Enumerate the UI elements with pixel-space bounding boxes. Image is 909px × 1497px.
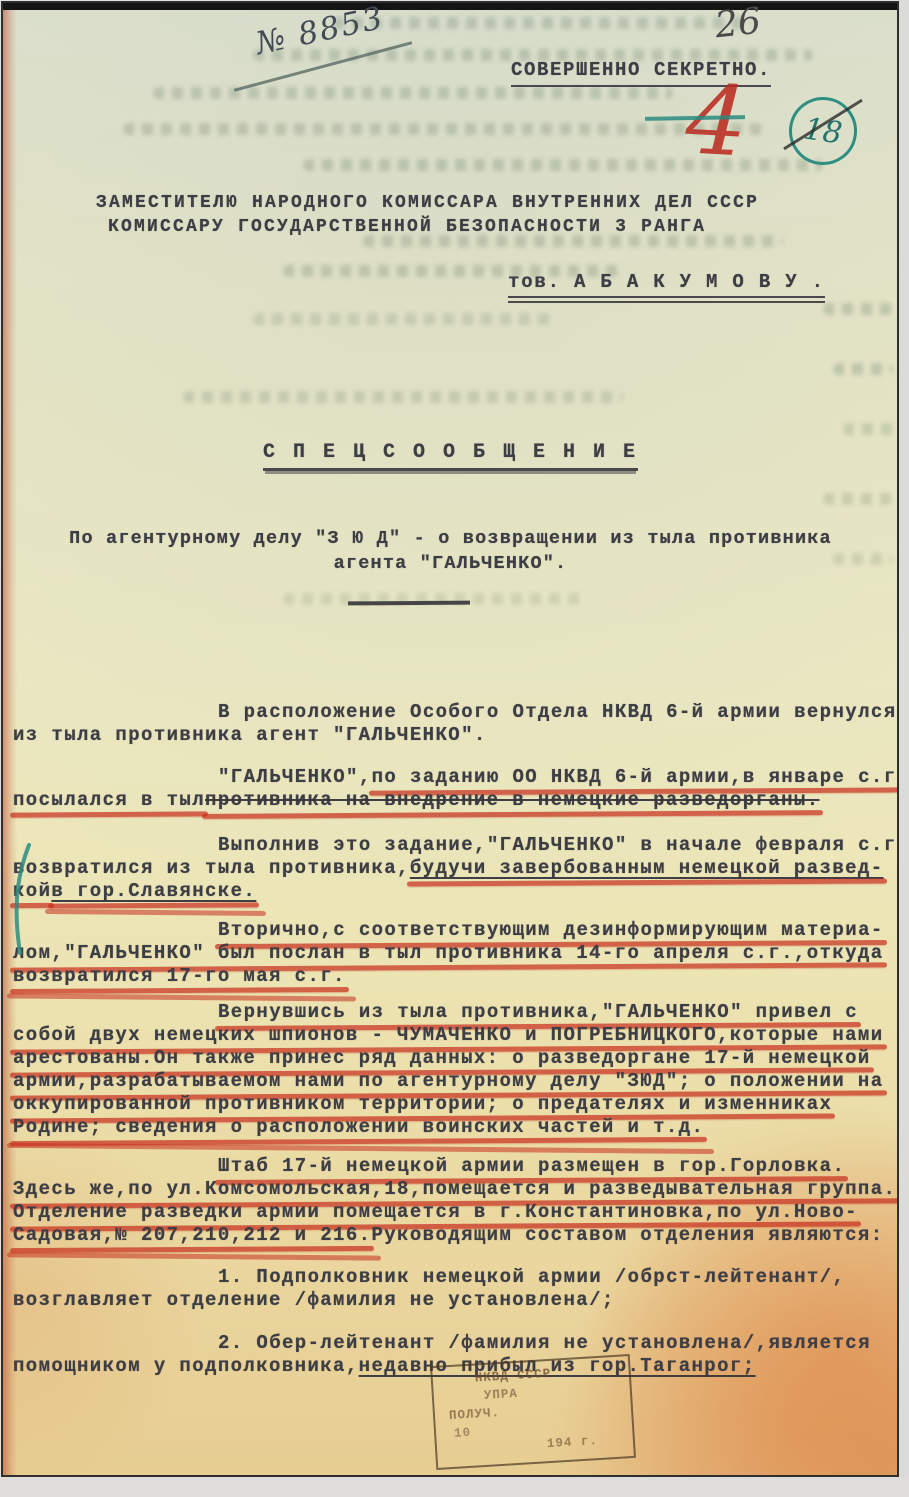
recipient-block: ЗАМЕСТИТЕЛЮ НАРОДНОГО КОМИССАРА ВНУТРЕНН… — [96, 191, 759, 239]
paragraph-4: Вторично,с соответствующим дезинформирую… — [13, 919, 899, 988]
list-item-1: 1. Подполковник немецкой армии /обрст-ле… — [13, 1266, 899, 1312]
scanned-document: № 8853 26 СОВЕРШЕННО СЕКРЕТНО. 4 18 ЗАМЕ… — [0, 0, 909, 1497]
bleed-through-mark — [823, 493, 893, 505]
paragraph-3: Выполнив это задание,"ГАЛЬЧЕНКО" в начал… — [13, 834, 899, 903]
scan-margin-right — [899, 0, 909, 1497]
stamp-line: 194 г. — [547, 1434, 599, 1451]
teal-margin-checkmark — [5, 841, 39, 961]
document-page: № 8853 26 СОВЕРШЕННО СЕКРЕТНО. 4 18 ЗАМЕ… — [1, 1, 899, 1477]
bleed-through-mark — [833, 363, 893, 375]
recipient-line: ЗАМЕСТИТЕЛЮ НАРОДНОГО КОМИССАРА ВНУТРЕНН… — [96, 191, 759, 215]
paragraph-2: "ГАЛЬЧЕНКО",по заданию ОО НКВД 6-й армии… — [13, 766, 899, 812]
document-title: С П Е Ц С О О Б Щ Е Н И Е — [3, 441, 898, 464]
bleed-through-mark — [843, 423, 898, 435]
bleed-through-mark — [123, 123, 763, 135]
addressee-name: тов. А Б А К У М О В У . — [508, 271, 825, 303]
paragraph-5: Вернувшись из тыла противника,"ГАЛЬЧЕНКО… — [13, 1001, 899, 1139]
recipient-line: КОМИССАРУ ГОСУДАРСТВЕННОЙ БЕЗОПАСНОСТИ 3… — [96, 215, 759, 239]
bleed-through-mark — [253, 313, 553, 325]
paragraph-6: Штаб 17-й немецкой армии размещен в гор.… — [13, 1155, 899, 1247]
stamp-line: 10 — [454, 1426, 472, 1441]
handwritten-page-number: 26 — [713, 1, 763, 46]
stamp-line: УПРА — [484, 1387, 519, 1403]
paragraph-1: В расположение Особого Отдела НКВД 6-й а… — [13, 701, 899, 747]
bleed-through-mark — [333, 17, 753, 29]
scan-margin-bottom — [0, 1477, 909, 1497]
scan-edge-top — [1, 1, 899, 10]
circled-numeral-stamp: 18 — [785, 93, 862, 170]
stamp-line: НКВД-СССР — [474, 1367, 551, 1386]
bleed-through-mark — [823, 303, 893, 315]
receipt-stamp: НКВД-СССР УПРА ПОЛУЧ. 10 194 г. — [430, 1354, 636, 1470]
bleed-through-mark — [153, 87, 673, 99]
subject-line: По агентурному делу "З Ю Д" - о возвраще… — [3, 526, 898, 576]
handwritten-red-numeral: 4 — [684, 71, 750, 170]
bleed-through-mark — [183, 391, 623, 403]
stamp-line: ПОЛУЧ. — [449, 1406, 501, 1423]
